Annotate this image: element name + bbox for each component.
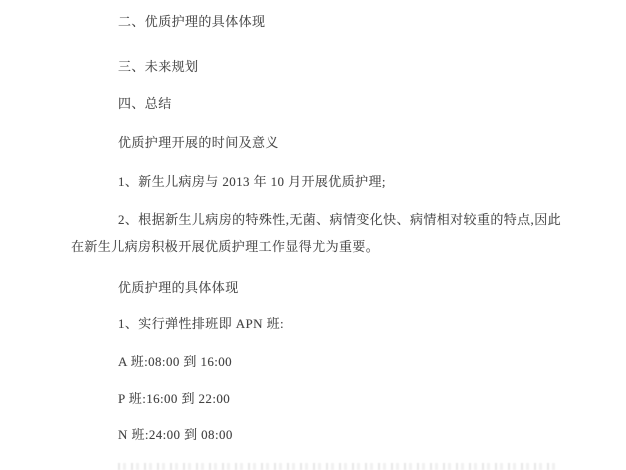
paragraph-ward-specialty-line2: 在新生儿病房积极开展优质护理工作显得尤为重要。 xyxy=(71,240,379,255)
shift-n-time-line: N 班:24:00 到 08:00 xyxy=(118,428,233,443)
paragraph-start-date: 1、新生儿病房与 2013 年 10 月开展优质护理; xyxy=(118,175,386,190)
paragraph-ward-specialty-line1: 2、根据新生儿病房的特殊性,无菌、病情变化快、病情相对较重的特点,因此 xyxy=(118,213,561,228)
paragraph-apn-scheduling: 1、实行弹性排班即 APN 班: xyxy=(118,317,284,332)
outline-item-4: 四、总结 xyxy=(118,97,172,112)
shift-p-time-line: P 班:16:00 到 22:00 xyxy=(118,392,230,407)
heading-concrete-embodiment: 优质护理的具体体现 xyxy=(118,281,239,296)
shift-a-time-line: A 班:08:00 到 16:00 xyxy=(118,355,232,370)
outline-item-3: 三、未来规划 xyxy=(118,60,198,75)
clipped-text-line xyxy=(118,463,556,470)
document-page: 二、优质护理的具体体现 三、未来规划 四、总结 优质护理开展的时间及意义 1、新… xyxy=(0,0,626,470)
heading-time-and-significance: 优质护理开展的时间及意义 xyxy=(118,136,279,151)
outline-item-2: 二、优质护理的具体体现 xyxy=(118,15,265,30)
